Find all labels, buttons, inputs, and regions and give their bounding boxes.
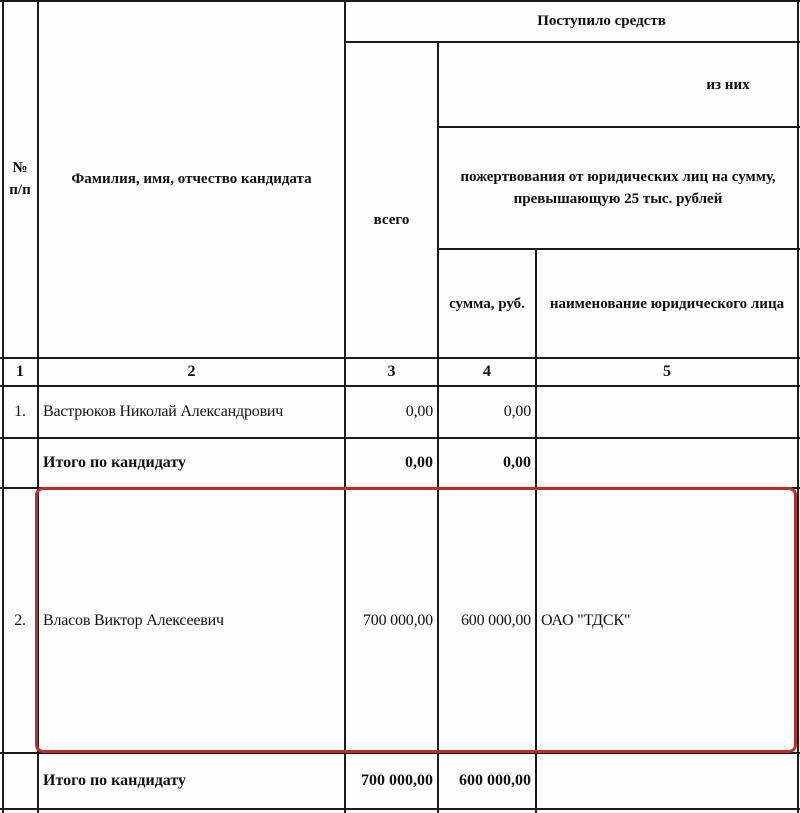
subtotal-1-total: 0,00 [346,439,437,487]
row-1-entity [537,387,797,437]
column-number-3: 3 [346,359,437,385]
table-border-right [797,0,799,813]
subtotal-2-no [3,754,37,808]
row-2-amount: 600 000,00 [439,489,535,752]
row-1-no: 1. [3,387,37,437]
subtotal-2-label: Итого по кандидату [39,754,344,808]
document-page: № п/п Фамилия, имя, отчество кандидата П… [0,0,800,813]
header-col-amount: сумма, руб. [439,250,535,357]
column-number-4: 4 [439,359,535,385]
divider-row-4 [0,808,800,810]
subtotal-2-amount: 600 000,00 [439,754,535,808]
column-number-1: 1 [3,359,37,385]
header-col-entity-name: наименование юридического лица [537,250,797,357]
subtotal-1-amount: 0,00 [439,439,535,487]
subtotal-2-total: 700 000,00 [346,754,437,808]
subtotal-1-label: Итого по кандидату [39,439,344,487]
row-2-entity: ОАО "ТДСК" [537,489,797,752]
header-group-of-them: из них [439,43,797,126]
row-1-candidate-name: Вастрюков Николай Александрович [39,387,344,437]
header-col-name: Фамилия, имя, отчество кандидата [39,0,344,357]
header-col-total: всего [346,43,437,357]
subtotal-1-entity [537,439,797,487]
column-number-2: 2 [39,359,344,385]
subtotal-2-entity [537,754,797,808]
header-group-received: Поступило средств [346,0,797,41]
row-1-total: 0,00 [346,387,437,437]
header-col-no: № п/п [3,0,37,357]
row-2-candidate-name: Власов Виктор Алексеевич [39,489,344,752]
subtotal-1-no [3,439,37,487]
header-group-donations: пожертвования от юридических лиц на сумм… [439,128,797,248]
column-number-5: 5 [537,359,797,385]
row-2-total: 700 000,00 [346,489,437,752]
row-2-no: 2. [3,489,37,752]
row-1-amount: 0,00 [439,387,535,437]
